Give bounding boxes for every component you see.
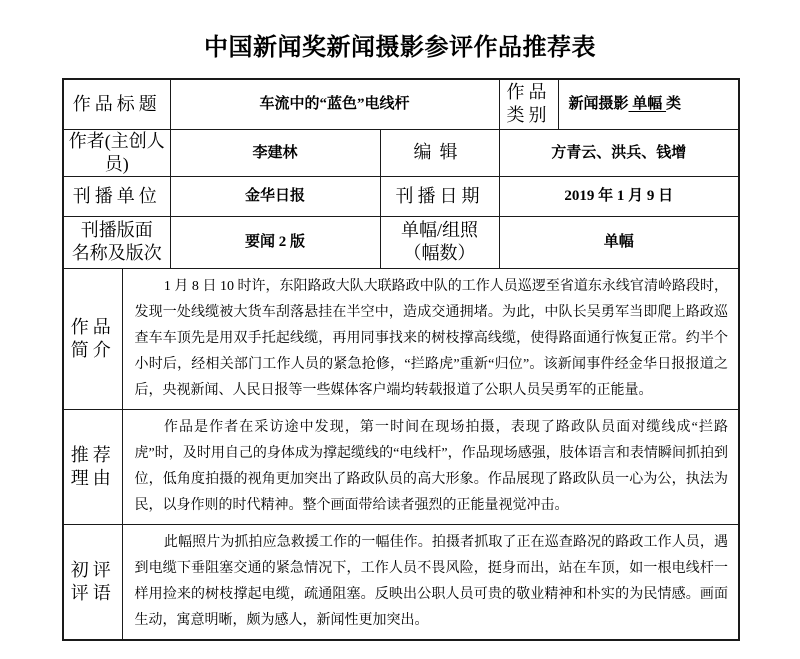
row-work-title: 作品标题 车流中的“蓝色”电线杆 作品 类别 新闻摄影 单幅 类	[63, 79, 739, 129]
single-or-group-label: 单幅/组照 （幅数）	[380, 216, 499, 268]
work-category-prefix: 新闻摄影	[569, 96, 629, 112]
publish-page-value: 要闻 2 版	[170, 216, 380, 268]
intro-cell: 1 月 8 日 10 时许，东阳路政大队大联路政中队的工作人员巡逻至省道东永线官…	[122, 268, 739, 409]
publish-unit-label: 刊播单位	[63, 176, 170, 216]
editor-value: 方青云、洪兵、钱增	[499, 129, 739, 176]
row-recommend: 推荐 理由 作品是作者在采访途中发现，第一时间在现场拍摄，表现了路政队员面对缆线…	[63, 409, 739, 524]
recommend-label: 推荐 理由	[63, 409, 122, 524]
editor-label: 编辑	[380, 129, 499, 176]
row-review: 初评 评语 此幅照片为抓拍应急救援工作的一幅佳作。拍摄者抓取了正在巡查路况的路政…	[63, 524, 739, 640]
page-title: 中国新闻奖新闻摄影参评作品推荐表	[0, 27, 800, 62]
review-text: 此幅照片为抓拍应急救援工作的一幅佳作。拍摄者抓取了正在巡查路况的路政工作人员，遇…	[135, 530, 729, 634]
intro-label: 作品 简介	[63, 268, 122, 409]
recommendation-table: 作品标题 车流中的“蓝色”电线杆 作品 类别 新闻摄影 单幅 类 作者(主创人 …	[62, 78, 740, 641]
row-page-edition: 刊播版面 名称及版次 要闻 2 版 单幅/组照 （幅数） 单幅	[63, 216, 739, 268]
review-label: 初评 评语	[63, 524, 122, 640]
publish-page-label: 刊播版面 名称及版次	[63, 216, 170, 268]
row-intro: 作品 简介 1 月 8 日 10 时许，东阳路政大队大联路政中队的工作人员巡逻至…	[63, 268, 739, 409]
recommend-cell: 作品是作者在采访途中发现，第一时间在现场拍摄，表现了路政队员面对缆线成“拦路虎”…	[122, 409, 739, 524]
publish-date-label: 刊播日期	[380, 176, 499, 216]
single-or-group-value: 单幅	[499, 216, 739, 268]
work-category-underlined: 单幅	[629, 96, 667, 112]
review-cell: 此幅照片为抓拍应急救援工作的一幅佳作。拍摄者抓取了正在巡查路况的路政工作人员，遇…	[122, 524, 739, 640]
intro-text: 1 月 8 日 10 时许，东阳路政大队大联路政中队的工作人员巡逻至省道东永线官…	[135, 274, 729, 404]
work-category-suffix: 类	[666, 96, 681, 112]
work-category-label: 作品 类别	[499, 79, 558, 129]
work-category-value: 新闻摄影 单幅 类	[558, 79, 739, 129]
publish-date-value: 2019 年 1 月 9 日	[499, 176, 739, 216]
row-publish: 刊播单位 金华日报 刊播日期 2019 年 1 月 9 日	[63, 176, 739, 216]
author-value: 李建林	[170, 129, 380, 176]
recommend-text: 作品是作者在采访途中发现，第一时间在现场拍摄，表现了路政队员面对缆线成“拦路虎”…	[135, 415, 729, 519]
row-author: 作者(主创人 员) 李建林 编辑 方青云、洪兵、钱增	[63, 129, 739, 176]
author-label: 作者(主创人 员)	[63, 129, 170, 176]
recommendation-form-page: 中国新闻奖新闻摄影参评作品推荐表 作品标题 车流中的“蓝色”电线杆 作品 类别 …	[0, 0, 800, 659]
work-title-label: 作品标题	[63, 79, 170, 129]
publish-unit-value: 金华日报	[170, 176, 380, 216]
work-title-value: 车流中的“蓝色”电线杆	[170, 79, 499, 129]
